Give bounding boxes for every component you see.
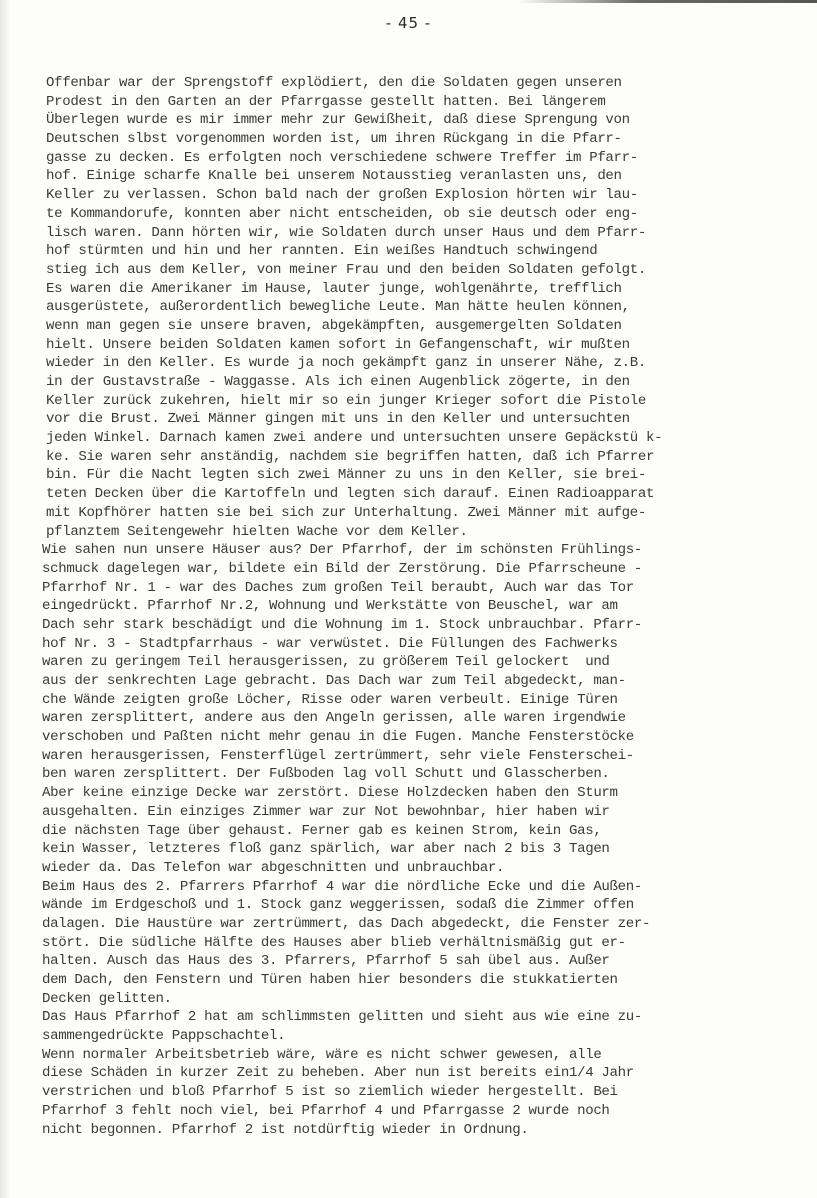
text-line: te Kommandorufe, konnten aber nicht ents… bbox=[30, 205, 817, 224]
text-line: jeden Winkel. Darnach kamen zwei andere … bbox=[30, 429, 817, 448]
text-line: Keller zurück zukehren, hielt mir so ein… bbox=[30, 392, 817, 411]
text-line: Wenn normaler Arbeitsbetrieb wäre, wäre … bbox=[30, 1046, 817, 1065]
text-line: hof Nr. 3 - Stadtpfarrhaus - war verwüst… bbox=[30, 635, 817, 654]
text-line: aus der senkrechten Lage gebracht. Das D… bbox=[30, 672, 817, 691]
text-line: wieder da. Das Telefon war abgeschnitten… bbox=[30, 859, 817, 878]
text-line: in der Gustavstraße - Waggasse. Als ich … bbox=[30, 373, 817, 392]
text-line: kein Wasser, letzteres floß ganz spärlic… bbox=[30, 840, 817, 859]
text-line: verschoben und Paßten nicht mehr genau i… bbox=[30, 728, 817, 747]
text-line: verstrichen und bloß Pfarrhof 5 ist so z… bbox=[30, 1083, 817, 1102]
text-line: wieder in den Keller. Es wurde ja noch g… bbox=[30, 354, 817, 373]
text-line: wenn man gegen sie unsere braven, abgekä… bbox=[30, 317, 817, 336]
text-line: Das Haus Pfarrhof 2 hat am schlimmsten g… bbox=[30, 1008, 817, 1027]
page-number: - 45 - bbox=[0, 14, 817, 32]
text-line: eingedrückt. Pfarrhof Nr.2, Wohnung und … bbox=[30, 597, 817, 616]
text-line: bin. Für die Nacht legten sich zwei Männ… bbox=[30, 466, 817, 485]
text-line: vor die Brust. Zwei Männer gingen mit un… bbox=[30, 410, 817, 429]
text-line: dalagen. Die Haustüre war zertrümmert, d… bbox=[30, 915, 817, 934]
text-line: Deutschen slbst vorgenommen worden ist, … bbox=[30, 130, 817, 149]
text-line: mit Kopfhörer hatten sie bei sich zur Un… bbox=[30, 504, 817, 523]
text-line: waren zersplittert, andere aus den Angel… bbox=[30, 709, 817, 728]
text-line: halten. Ausch das Haus des 3. Pfarrers, … bbox=[30, 952, 817, 971]
text-line: waren zu geringem Teil herausgerissen, z… bbox=[30, 653, 817, 672]
text-line: Wie sahen nun unsere Häuser aus? Der Pfa… bbox=[30, 541, 817, 560]
scan-left-edge-shadow bbox=[0, 0, 10, 1198]
text-line: Überlegen wurde es mir immer mehr zur Ge… bbox=[30, 111, 817, 130]
text-line: stört. Die südliche Hälfte des Hauses ab… bbox=[30, 934, 817, 953]
text-line: diese Schäden in kurzer Zeit zu beheben.… bbox=[30, 1064, 817, 1083]
text-line: hof. Einige scharfe Knalle bei unserem N… bbox=[30, 167, 817, 186]
scan-top-edge-shadow bbox=[517, 0, 817, 3]
text-line: die nächsten Tage über gehaust. Ferner g… bbox=[30, 822, 817, 841]
text-line: Pfarrhof Nr. 1 - war des Daches zum groß… bbox=[30, 579, 817, 598]
text-line: Keller zu verlassen. Schon bald nach der… bbox=[30, 186, 817, 205]
text-line: Es waren die Amerikaner im Hause, lauter… bbox=[30, 280, 817, 299]
text-line: Offenbar war der Sprengstoff explödiert,… bbox=[30, 74, 817, 93]
text-line: waren herausgerissen, Fensterflügel zert… bbox=[30, 747, 817, 766]
text-line: Pfarrhof 3 fehlt noch viel, bei Pfarrhof… bbox=[30, 1102, 817, 1121]
text-line: Prodest in den Garten an der Pfarrgasse … bbox=[30, 93, 817, 112]
text-line: ke. Sie waren sehr anständig, nachdem si… bbox=[30, 448, 817, 467]
text-line: stieg ich aus dem Keller, von meiner Fra… bbox=[30, 261, 817, 280]
text-line: wände im Erdgeschoß und 1. Stock ganz we… bbox=[30, 896, 817, 915]
text-line: gasse zu decken. Es erfolgten noch versc… bbox=[30, 149, 817, 168]
text-line: lisch waren. Dann hörten wir, wie Soldat… bbox=[30, 224, 817, 243]
text-line: che Wände zeigten große Löcher, Risse od… bbox=[30, 691, 817, 710]
typewritten-body-text: Offenbar war der Sprengstoff explödiert,… bbox=[30, 74, 817, 1139]
text-line: Beim Haus des 2. Pfarrers Pfarrhof 4 war… bbox=[30, 878, 817, 897]
text-line: sammengedrückte Pappschachtel. bbox=[30, 1027, 817, 1046]
text-line: hielt. Unsere beiden Soldaten kamen sofo… bbox=[30, 336, 817, 355]
text-line: dem Dach, den Fenstern und Türen haben h… bbox=[30, 971, 817, 990]
text-line: pflanztem Seitengewehr hielten Wache vor… bbox=[30, 523, 817, 542]
text-line: teten Decken über die Kartoffeln und leg… bbox=[30, 485, 817, 504]
text-line: ausgerüstete, außerordentlich bewegliche… bbox=[30, 298, 817, 317]
text-line: ben waren zersplittert. Der Fußboden lag… bbox=[30, 765, 817, 784]
text-line: Aber keine einzige Decke war zerstört. D… bbox=[30, 784, 817, 803]
text-line: Decken gelitten. bbox=[30, 990, 817, 1009]
text-line: ausgehalten. Ein einziges Zimmer war zur… bbox=[30, 803, 817, 822]
text-line: schmuck dagelegen war, bildete ein Bild … bbox=[30, 560, 817, 579]
text-line: nicht begonnen. Pfarrhof 2 ist notdürfti… bbox=[30, 1121, 817, 1140]
text-line: Dach sehr stark beschädigt und die Wohnu… bbox=[30, 616, 817, 635]
text-line: hof stürmten und hin und her rannten. Ei… bbox=[30, 242, 817, 261]
